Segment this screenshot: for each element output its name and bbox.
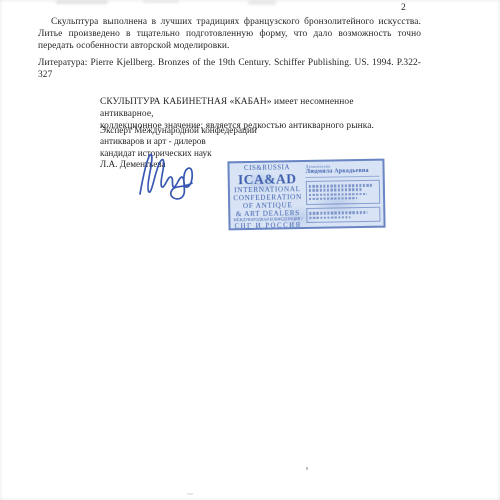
scan-speck xyxy=(306,467,308,470)
stamp-name-line: Людмила Аркадьевна xyxy=(306,168,380,178)
stamp-logo-text: ICA&AD xyxy=(233,172,302,186)
scan-smudge xyxy=(56,0,108,4)
illegible-text-line xyxy=(309,193,367,196)
literature-line: 327 xyxy=(38,69,421,81)
stamp-left-column: CIS&RUSSIA ICA&AD INTERNATIONAL CONFEDER… xyxy=(232,164,302,226)
literature-line: Литература: Pierre Kjellberg. Bronzes of… xyxy=(38,57,421,69)
illegible-text-line xyxy=(309,216,350,219)
paragraph-line: передать особенности авторской моделиров… xyxy=(38,40,421,52)
illegible-text-line xyxy=(309,197,357,200)
scan-speck xyxy=(187,493,193,495)
scan-smudge xyxy=(143,0,179,3)
illegible-text-line xyxy=(309,188,363,191)
body-text-block: Скульптура выполнена в лучших традициях … xyxy=(38,16,421,81)
paragraph-line: Литье произведено в тщательно подготовле… xyxy=(38,28,421,40)
page-number: 2 xyxy=(401,3,406,13)
handwritten-signature xyxy=(136,149,216,201)
stamp-right-column: Дементьева Людмила Аркадьевна xyxy=(302,163,381,225)
scan-smudge xyxy=(248,0,276,5)
stamp-number-box xyxy=(306,207,380,223)
scanned-document-page: 2 Скульптура выполнена в лучших традиция… xyxy=(0,0,500,500)
stamp-text-line: СНГ И РОССИЯ xyxy=(233,222,302,232)
stamp-contact-box xyxy=(306,179,380,205)
expert-line: Эксперт Международной конфедерации xyxy=(100,125,320,136)
paragraph-line: Скульптура выполнена в лучших традициях … xyxy=(38,16,421,28)
blue-ink-stamp: CIS&RUSSIA ICA&AD INTERNATIONAL CONFEDER… xyxy=(227,159,385,231)
illegible-text-line xyxy=(309,184,372,187)
illegible-text-line xyxy=(309,211,367,214)
conclusion-line: СКУЛЬПТУРА КАБИНЕТНАЯ «КАБАН» имеет несо… xyxy=(100,96,400,120)
expert-line: антикваров и арт - дилеров xyxy=(100,136,320,147)
